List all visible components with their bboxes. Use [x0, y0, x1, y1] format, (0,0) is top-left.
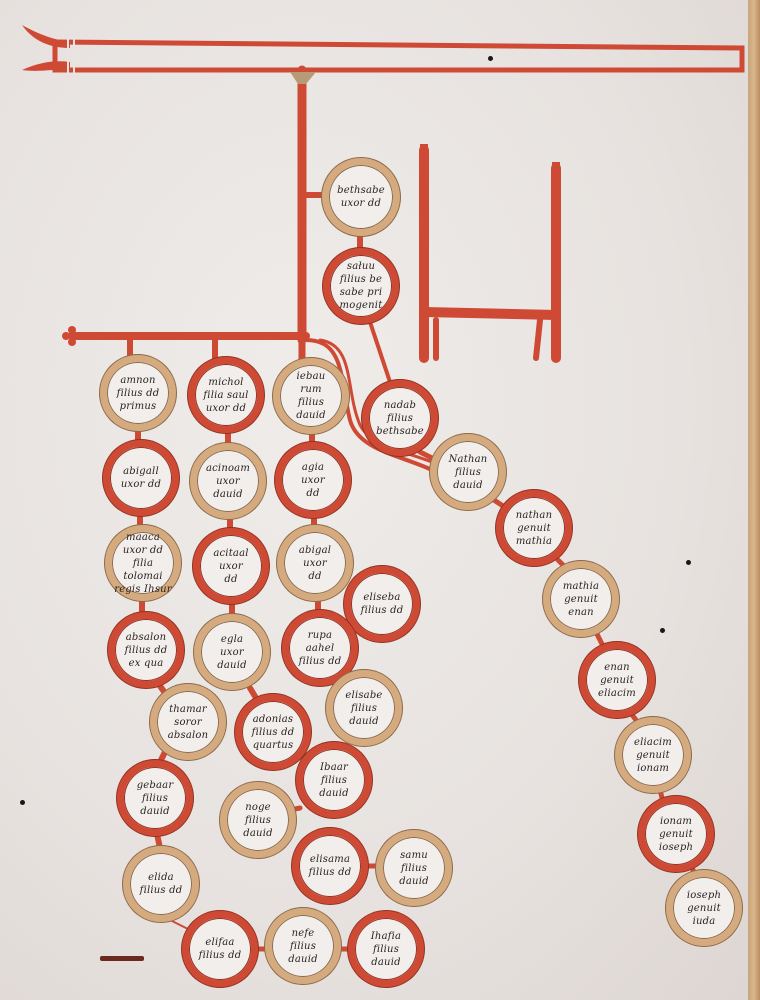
genealogy-node-elida: elidafilius dd	[123, 846, 199, 922]
node-text-line: filia tolomai	[112, 557, 174, 583]
genealogy-node-ionam: ionamgenuitioseph	[638, 796, 714, 872]
node-text-line: bethsabe	[337, 184, 385, 197]
node-text-line: filia saul	[203, 389, 248, 402]
node-text-line: filius	[245, 814, 271, 827]
node-text-line: filius	[298, 396, 324, 409]
node-text-line: uxor dd	[206, 402, 246, 415]
genealogy-node-egla: eglauxordauid	[194, 614, 270, 690]
genealogy-node-thamar: thamarsororabsalon	[150, 684, 226, 760]
node-text-line: regis Ihsur	[114, 583, 172, 596]
node-text-line: filius dd	[252, 726, 295, 739]
node-text-line: uxor	[216, 475, 240, 488]
node-text-line: acitaal	[213, 547, 248, 560]
node-text-line: dd	[224, 573, 237, 586]
node-text-line: filius dd	[140, 884, 183, 897]
node-text-line: absalon	[168, 729, 209, 742]
node-text-line: iebau	[297, 370, 326, 383]
node-text-line: genuit	[564, 593, 598, 606]
node-text-line: genuit	[600, 674, 634, 687]
genealogy-node-michol: micholfilia sauluxor dd	[188, 357, 264, 433]
node-text-line: genuit	[636, 749, 670, 762]
node-text-line: filius dd	[361, 604, 404, 617]
node-text-line: filius	[142, 792, 168, 805]
node-text-line: genuit	[517, 522, 551, 535]
node-text-line: enan	[604, 661, 630, 674]
node-text-line: samu	[400, 849, 428, 862]
genealogy-node-eliacim: eliacimgenuitionam	[615, 717, 691, 793]
node-text-line: aahel	[306, 642, 334, 655]
genealogy-node-samma: samufiliusdauid	[376, 830, 452, 906]
genealogy-node-elisabe: elisabefiliusdauid	[326, 670, 402, 746]
node-text-line: rum	[300, 383, 321, 396]
node-text-line: thamar	[169, 703, 207, 716]
genealogy-node-ieban: iebaurumfiliusdauid	[273, 358, 349, 434]
node-text-line: nadab	[384, 399, 416, 412]
node-text-line: filius dd	[309, 866, 352, 879]
genealogy-node-iaphia: Ihafiafiliusdauid	[348, 911, 424, 987]
node-text-line: dauid	[296, 409, 325, 422]
node-text-line: enan	[568, 606, 594, 619]
node-text-line: egla	[221, 633, 243, 646]
node-text-line: dd	[306, 487, 319, 500]
node-text-line: mathia	[563, 580, 599, 593]
genealogy-node-elifaleth: elifaafilius dd	[182, 911, 258, 987]
node-text-line: uxor dd	[121, 478, 161, 491]
node-text-line: dauid	[453, 479, 482, 492]
node-text-line: dd	[308, 570, 321, 583]
node-text-line: genuit	[687, 902, 721, 915]
node-text-line: uxor dd	[341, 197, 381, 210]
node-text-line: Ibaar	[320, 761, 348, 774]
node-text-line: filius be	[340, 273, 382, 286]
node-text-line: ionam	[637, 762, 669, 775]
node-text-line: michol	[208, 376, 243, 389]
node-text-line: agia	[302, 461, 324, 474]
genealogy-node-salomon: sałuufilius besabe primogenit	[323, 248, 399, 324]
genealogy-node-achinoam: acinoamuxordauid	[190, 443, 266, 519]
node-text-line: filius	[401, 862, 427, 875]
node-text-line: quartus	[253, 739, 294, 752]
genealogy-node-nefeg: nefefiliusdauid	[265, 908, 341, 984]
node-text-line: ionam	[660, 815, 692, 828]
node-text-line: uxor	[301, 474, 325, 487]
genealogy-node-adonias: adoniasfilius ddquartus	[235, 694, 311, 770]
ink-spot	[20, 800, 25, 805]
node-text-line: elisabe	[345, 689, 382, 702]
node-text-line: mogenit	[340, 299, 383, 312]
genealogy-node-maacha: maacauxor ddfilia tolomairegis Ihsur	[105, 525, 181, 601]
node-text-line: elisama	[310, 853, 350, 866]
ink-spot	[488, 56, 493, 61]
genealogy-node-elisama: elisamafilius dd	[292, 828, 368, 904]
node-text-line: elifaa	[205, 936, 234, 949]
node-text-line: dauid	[349, 715, 378, 728]
node-text-line: dauid	[371, 956, 400, 969]
node-text-line: ioseph	[687, 889, 721, 902]
genealogy-node-amnon: amnonfilius ddprimus	[100, 355, 176, 431]
node-text-line: nathan	[516, 509, 552, 522]
node-text-line: filius	[351, 702, 377, 715]
node-text-line: dauid	[243, 827, 272, 840]
node-text-line: mathia	[516, 535, 552, 548]
node-text-line: uxor	[219, 560, 243, 573]
genealogy-node-gebaar: gebaarfiliusdauid	[117, 760, 193, 836]
node-text-line: filius	[321, 774, 347, 787]
node-text-line: sałuu	[347, 260, 375, 273]
node-text-line: filius dd	[125, 644, 168, 657]
genealogy-node-eliseba: elisebafilius dd	[344, 566, 420, 642]
node-text-line: amnon	[120, 374, 155, 387]
genealogy-node-nathan-bethsabe: nadabfiliusbethsabe	[362, 380, 438, 456]
node-text-line: ioseph	[659, 841, 693, 854]
node-text-line: Ihafia	[371, 930, 401, 943]
genealogy-node-abigal-2: abigaluxordd	[277, 525, 353, 601]
genealogy-node-mathia: mathiagenuitenan	[543, 561, 619, 637]
node-text-line: ex qua	[129, 657, 164, 670]
node-text-line: uxor	[303, 557, 327, 570]
node-text-line: noge	[245, 801, 271, 814]
node-text-line: uxor	[220, 646, 244, 659]
node-text-line: dauid	[288, 953, 317, 966]
node-text-line: dauid	[399, 875, 428, 888]
node-text-line: soror	[174, 716, 202, 729]
ink-spot	[660, 628, 665, 633]
node-text-line: filius	[387, 412, 413, 425]
node-text-line: filius dd	[199, 949, 242, 962]
node-text-line: filius dd	[117, 387, 160, 400]
genealogy-node-nathan-dauid: Nathanfiliusdauid	[430, 434, 506, 510]
node-text-line: bethsabe	[376, 425, 424, 438]
node-text-line: abigall	[123, 465, 159, 478]
genealogy-node-acitaal: acitaaluxordd	[193, 528, 269, 604]
node-text-line: dauid	[319, 787, 348, 800]
node-text-line: filius	[455, 466, 481, 479]
node-text-line: acinoam	[206, 462, 250, 475]
genealogy-node-nathan-genuit: nathangenuitmathia	[496, 490, 572, 566]
node-text-line: dauid	[217, 659, 246, 672]
node-text-line: dauid	[213, 488, 242, 501]
node-text-line: uxor dd	[123, 544, 163, 557]
node-text-line: filius	[290, 940, 316, 953]
node-text-line: Nathan	[449, 453, 488, 466]
node-text-line: dauid	[140, 805, 169, 818]
genealogy-node-noge: nogefiliusdauid	[220, 782, 296, 858]
node-text-line: genuit	[659, 828, 693, 841]
node-text-line: abigal	[299, 544, 331, 557]
genealogy-node-agia: agiauxordd	[275, 442, 351, 518]
node-text-line: elida	[148, 871, 174, 884]
fletching-icon	[22, 25, 70, 71]
node-text-line: eliseba	[363, 591, 400, 604]
genealogy-node-absalon: absalonfilius ddex qua	[108, 612, 184, 688]
genealogy-node-abigail-1: abigalluxor dd	[103, 440, 179, 516]
node-text-line: sabe pri	[340, 286, 383, 299]
node-text-line: eliacim	[634, 736, 672, 749]
node-text-line: maaca	[126, 531, 160, 544]
node-text-line: primus	[120, 400, 157, 413]
node-text-line: rupa	[308, 629, 332, 642]
ink-spot	[686, 560, 691, 565]
node-text-line: gebaar	[137, 779, 174, 792]
node-text-line: eliacim	[598, 687, 636, 700]
node-text-line: adonias	[253, 713, 294, 726]
genealogy-node-bethsabee: bethsabeuxor dd	[322, 158, 400, 236]
node-text-line: filius dd	[299, 655, 342, 668]
genealogy-node-enan: enangenuiteliacim	[579, 642, 655, 718]
genealogy-node-ibaar: Ibaarfiliusdauid	[296, 742, 372, 818]
node-text-line: filius	[373, 943, 399, 956]
node-text-line: absalon	[126, 631, 167, 644]
node-text-line: iuda	[693, 915, 716, 928]
genealogy-node-ioseph: iosephgenuitiuda	[666, 870, 742, 946]
node-text-line: nefe	[292, 927, 315, 940]
